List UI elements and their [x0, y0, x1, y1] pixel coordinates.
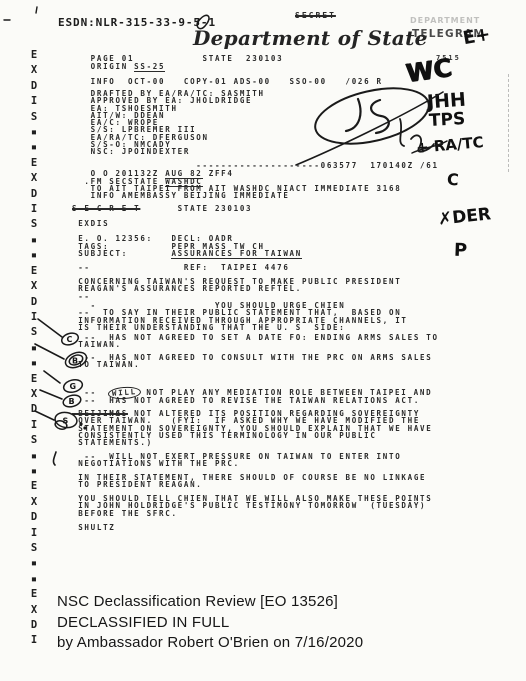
margin-leader-lines	[35, 319, 64, 465]
circled-letter: S	[63, 417, 69, 426]
signature-scribble	[296, 79, 447, 165]
scribble-overlay: C B G B S	[0, 0, 526, 681]
scanned-telegram-page: { "header": { "esdn": "ESDN:NLR-315-33-9…	[0, 0, 526, 681]
footer-declassified-line: DECLASSIFIED IN FULL	[57, 613, 363, 634]
footer-authority-line: by Ambassador Robert O'Brien on 7/16/202…	[57, 633, 363, 654]
page-specks	[4, 7, 37, 20]
footer-review-line: NSC Declassification Review [EO 13526]	[57, 592, 363, 613]
circled-letter: G	[70, 382, 77, 391]
circled-letter: B	[72, 357, 78, 366]
circled-marks	[54, 331, 89, 430]
esdn-squiggle	[197, 15, 209, 28]
declassification-footer: NSC Declassification Review [EO 13526] D…	[57, 592, 363, 654]
circled-letter: C	[67, 335, 73, 344]
circled-letter: B	[69, 397, 75, 406]
